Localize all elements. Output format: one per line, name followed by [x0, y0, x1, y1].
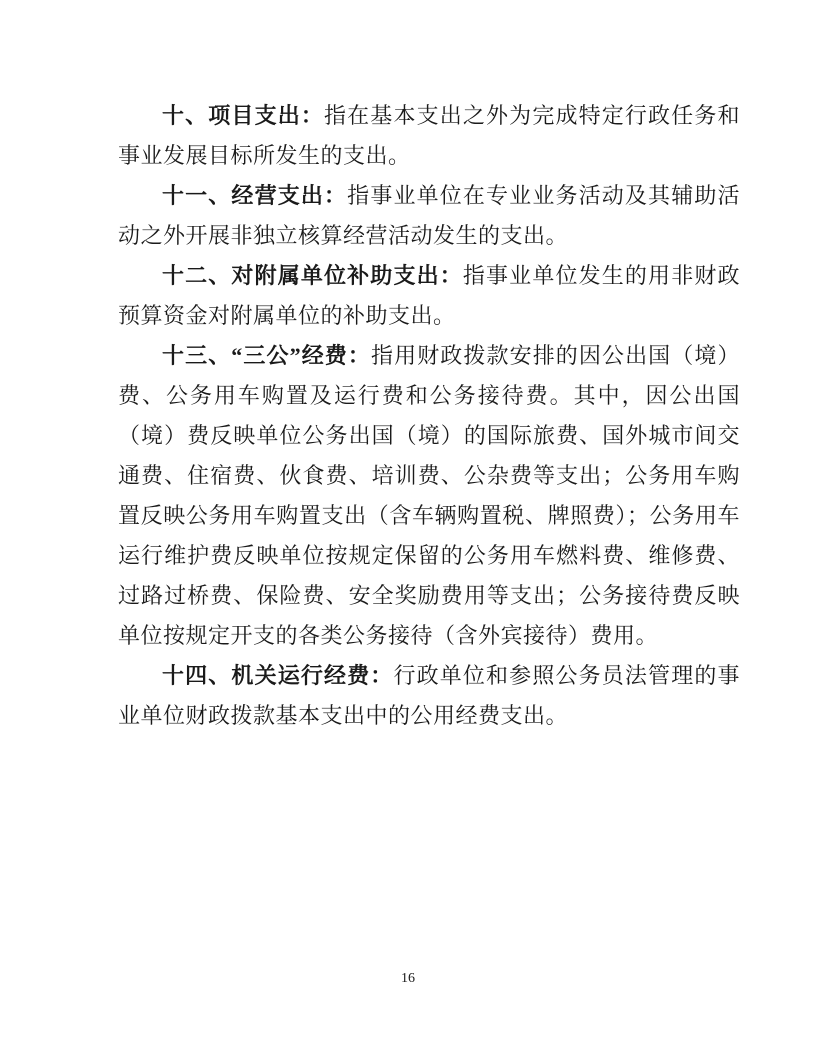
document-page: 十、项目支出：指在基本支出之外为完成特定行政任务和事业发展目标所发生的支出。 十…: [0, 0, 816, 1056]
paragraph-13-body: 指用财政拨款安排的因公出国（境）费、公务用车购置及运行费和公务接待费。其中，因公…: [118, 343, 740, 648]
paragraph-12-heading: 十二、对附属单位补助支出：: [162, 263, 463, 288]
paragraph-11-heading: 十一、经营支出：: [162, 183, 347, 208]
paragraph-14-heading: 十四、机关运行经费：: [162, 663, 393, 688]
paragraph-11-operating-expenditure: 十一、经营支出：指事业单位在专业业务活动及其辅助活动之外开展非独立核算经营活动发…: [118, 176, 740, 256]
paragraph-12-subsidy-expenditure: 十二、对附属单位补助支出：指事业单位发生的用非财政预算资金对附属单位的补助支出。: [118, 256, 740, 336]
paragraph-13-three-public-funds: 十三、“三公”经费：指用财政拨款安排的因公出国（境）费、公务用车购置及运行费和公…: [118, 336, 740, 656]
page-number: 16: [0, 971, 816, 987]
paragraph-10-project-expenditure: 十、项目支出：指在基本支出之外为完成特定行政任务和事业发展目标所发生的支出。: [118, 96, 740, 176]
paragraph-10-heading: 十、项目支出：: [162, 103, 324, 128]
document-text-block: 十、项目支出：指在基本支出之外为完成特定行政任务和事业发展目标所发生的支出。 十…: [118, 96, 740, 736]
paragraph-14-agency-operating-funds: 十四、机关运行经费：行政单位和参照公务员法管理的事业单位财政拨款基本支出中的公用…: [118, 656, 740, 736]
paragraph-13-heading: 十三、“三公”经费：: [162, 343, 371, 368]
